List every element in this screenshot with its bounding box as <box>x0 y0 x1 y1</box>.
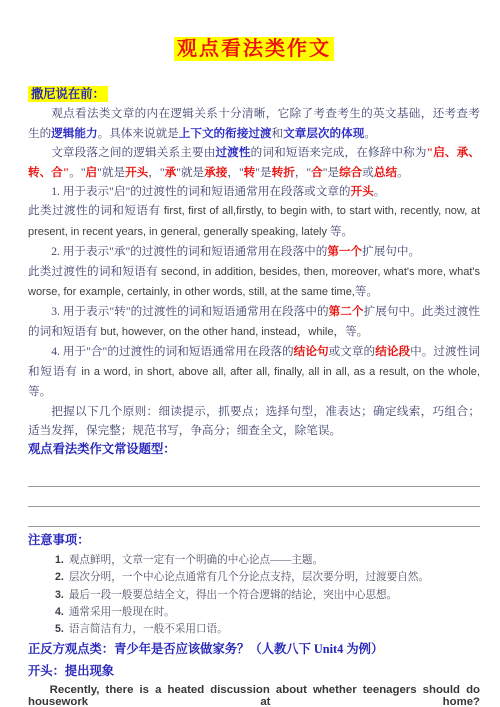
note-number: 2. <box>55 571 64 583</box>
text-segment: "就是 <box>176 166 204 179</box>
text-segment: 和 <box>272 127 284 140</box>
document-page: 观点看法类作文 撒尼说在前： 观点看法类文章的内在逻辑关系十分清晰，它除了考查考… <box>0 0 500 707</box>
text-segment: ，" <box>227 166 243 179</box>
note-text: 语言简洁有力，一般不采用口语。 <box>69 624 228 635</box>
text-segment: 扩展句中。 <box>362 245 420 258</box>
text-segment: "就是 <box>97 166 125 179</box>
transition-paragraph: 文章段落之间的逻辑关系主要由过渡性的词和短语来完成，在修辞中称为"启、承、转、合… <box>28 143 480 182</box>
text-segment: but, however, on the other hand, instead <box>100 326 296 338</box>
text-segment: 转折 <box>272 166 295 179</box>
text-segment: 3. 用于表示"转"的过渡性的词和短语通常用在段落中的 <box>51 305 328 318</box>
note-number: 1. <box>55 554 64 566</box>
text-segment: 2. 用于表示"承"的过渡性的词和短语通常用在段落中的 <box>51 245 327 258</box>
rule-1-paragraph: 1. 用于表示"启"的过渡性的词和短语通常用在段落或文章的开头。 <box>28 182 480 201</box>
page-title-text: 观点看法类作文 <box>174 37 334 61</box>
principles-paragraph: 把握以下几个原则：细读提示，抓要点；选择句型，准表达；确定线索，巧组合；适当发挥… <box>28 402 480 441</box>
note-number: 5. <box>55 623 64 635</box>
text-segment: 承 <box>165 166 177 179</box>
text-segment: 。 <box>364 127 376 140</box>
notes-list: 1.观点鲜明，文章一定有一个明确的中心论点——主题。 2.层次分明，一个中心论点… <box>28 552 480 638</box>
text-segment: 启 <box>86 166 98 179</box>
text-segment: 第一个 <box>327 245 362 258</box>
text-segment: ， <box>297 325 309 338</box>
rule-3-paragraph: 3. 用于表示"转"的过渡性的词和短语通常用在段落中的第二个扩展句中。此类过渡性… <box>28 302 480 342</box>
writing-line <box>28 487 480 507</box>
text-segment: 。 <box>374 185 386 198</box>
text-segment: 合 <box>311 166 323 179</box>
text-segment: 的词和短语来完成，在修辞中称为 <box>251 146 427 159</box>
text-segment: 等。 <box>355 285 378 298</box>
note-item: 3.最后一段一般要总结全文，得出一个符合逻辑的结论，突出中心思想。 <box>55 587 480 604</box>
text-segment: 开头 <box>125 166 148 179</box>
text-segment: 过渡性 <box>215 146 250 159</box>
note-number: 4. <box>55 606 64 618</box>
opening-heading: 开头：提出现象 <box>28 660 480 682</box>
text-segment: 结论句 <box>294 345 329 358</box>
note-item: 2.层次分明，一个中心论点通常有几个分论点支持，层次要分明，过渡要自然。 <box>55 569 480 586</box>
writing-line <box>28 467 480 487</box>
intro-heading: 撒尼说在前： <box>28 85 480 104</box>
essay-types-heading: 观点看法类作文常设题型： <box>28 440 480 459</box>
page-title: 观点看法类作文 <box>28 32 480 61</box>
rule-1-word-list: 此类过渡性的词和短语有 first, first of all,firstly,… <box>28 201 480 242</box>
text-segment: 总结 <box>374 166 397 179</box>
text-segment: 等。 <box>28 385 51 398</box>
text-segment: ，" <box>295 166 311 179</box>
text-segment: "是 <box>323 166 339 179</box>
note-text: 层次分明，一个中心论点通常有几个分论点支持，层次要分明，过渡要自然。 <box>69 572 429 583</box>
text-segment: ，" <box>148 166 164 179</box>
text-segment: "是 <box>255 166 271 179</box>
text-segment: 4. 用于"合"的过渡性的词和短语通常用在段落的 <box>51 345 293 358</box>
text-segment: 转 <box>244 166 256 179</box>
text-segment: 综合 <box>339 166 362 179</box>
text-segment: 上下文的衔接过渡 <box>179 127 272 140</box>
text-segment: 。" <box>69 166 85 179</box>
notes-heading: 注意事项： <box>28 531 480 550</box>
text-segment: 文章段落之间的逻辑关系主要由 <box>51 146 215 159</box>
writing-line <box>28 507 480 527</box>
text-segment: in a word, in short, above all, after al… <box>81 366 480 378</box>
text-segment: 此类过渡性的词和短语有 <box>28 265 161 278</box>
text-segment: 开头 <box>351 185 374 198</box>
text-segment: 或 <box>362 166 374 179</box>
text-segment: 。 <box>397 166 409 179</box>
rule-4-paragraph: 4. 用于"合"的过渡性的词和短语通常用在段落的结论句或文章的结论段中。过渡性词… <box>28 342 480 401</box>
text-segment: 把握以下几个原则：细读提示，抓要点；选择句型，准表达；确定线索，巧组合；适当发挥… <box>28 405 480 437</box>
text-segment: 结论段 <box>375 345 410 358</box>
note-number: 3. <box>55 589 64 601</box>
note-item: 4.通常采用一般现在时。 <box>55 604 480 621</box>
note-text: 最后一段一般要总结全文，得出一个符合逻辑的结论，突出中心思想。 <box>69 590 397 601</box>
text-segment: ，等。 <box>333 325 368 338</box>
intro-heading-text: 撒尼说在前： <box>28 86 108 102</box>
text-segment: 承接 <box>204 166 227 179</box>
overview-paragraph: 观点看法类文章的内在逻辑关系十分清晰，它除了考查考生的英文基础，还考查考生的逻辑… <box>28 104 480 143</box>
opening-sentence: Recently, there is a heated discussion a… <box>28 684 480 707</box>
text-segment: 逻辑能力 <box>51 127 97 140</box>
note-text: 通常采用一般现在时。 <box>69 607 175 618</box>
rule-2-paragraph: 2. 用于表示"承"的过渡性的词和短语通常用在段落中的第一个扩展句中。 <box>28 242 480 261</box>
text-segment: 文章层次的体现 <box>283 127 364 140</box>
text-segment: while <box>308 326 333 338</box>
note-item: 1.观点鲜明，文章一定有一个明确的中心论点——主题。 <box>55 552 480 569</box>
text-segment: 等。 <box>327 225 353 238</box>
text-segment: 第二个 <box>329 305 364 318</box>
text-segment: 1. 用于表示"启"的过渡性的词和短语通常用在段落或文章的 <box>51 185 350 198</box>
note-item: 5.语言简洁有力，一般不采用口语。 <box>55 621 480 638</box>
note-text: 观点鲜明，文章一定有一个明确的中心论点——主题。 <box>69 555 323 566</box>
blank-writing-lines <box>28 467 480 527</box>
text-segment: 。具体来说就是 <box>98 127 179 140</box>
rule-2-word-list: 此类过渡性的词和短语有 second, in addition, besides… <box>28 262 480 303</box>
text-segment: 或文章的 <box>329 345 376 358</box>
text-segment: 此类过渡性的词和短语有 <box>28 204 164 217</box>
topic-heading: 正反方观点类：青少年是否应该做家务？（人教八下 Unit4 为例） <box>28 638 480 660</box>
